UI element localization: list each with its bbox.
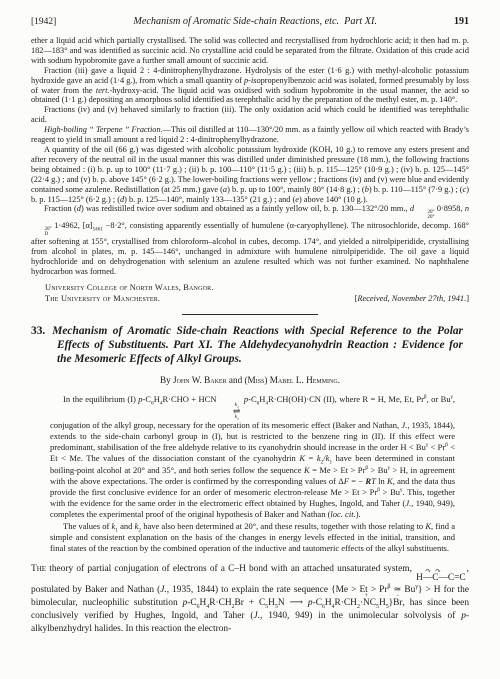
header-page-number: 191 <box>454 16 469 27</box>
experimental-paragraph-5: A quantity of the oil (66 g.) was digest… <box>31 145 469 204</box>
affiliation-line-1: University College of North Wales, Bango… <box>45 282 214 294</box>
main-text: The theory of partial conjugation of ele… <box>31 563 469 636</box>
section-divider-rule <box>182 314 318 315</box>
header-running-title: Mechanism of Aromatic Side-chain Reactio… <box>133 16 377 27</box>
received-date: [Received, November 27th, 1941.] <box>355 293 469 305</box>
experimental-paragraph-3: Fractions (iv) and (v) behaved similarly… <box>31 105 469 125</box>
affiliation-line-2: The University of Manchester. <box>45 293 214 305</box>
abstract-paragraph-2: The values of k1 and k2 have also been d… <box>50 521 455 555</box>
article-section: 33.Mechanism of Aromatic Side-chain Reac… <box>31 324 469 637</box>
article-title: 33.Mechanism of Aromatic Side-chain Reac… <box>31 324 469 367</box>
main-text-paragraph-1: The theory of partial conjugation of ele… <box>31 563 469 636</box>
header-year: [1942] <box>31 17 56 27</box>
experimental-paragraph-6: Fraction (d) was redistilled twice over … <box>31 204 469 276</box>
experimental-section: ether a liquid acid which partially crys… <box>31 36 469 277</box>
affiliations: University College of North Wales, Bango… <box>31 282 214 305</box>
affiliation-row: University College of North Wales, Bango… <box>31 282 469 305</box>
journal-page: [1942] Mechanism of Aromatic Side-chain … <box>0 0 500 679</box>
experimental-paragraph-4: High-boiling “ Terpene ” Fraction.—This … <box>31 125 469 145</box>
abstract: In the equilibrium (I) p-C6H4R·CHO + HCN… <box>31 394 469 554</box>
running-header: [1942] Mechanism of Aromatic Side-chain … <box>31 16 469 27</box>
article-number: 33. <box>31 325 45 337</box>
experimental-paragraph-1: ether a liquid acid which partially crys… <box>31 36 469 66</box>
byline: By John W. Baker and (Miss) Mabel L. Hem… <box>31 375 469 385</box>
abstract-paragraph-1: In the equilibrium (I) p-C6H4R·CHO + HCN… <box>50 394 455 521</box>
article-title-text: Mechanism of Aromatic Side-chain Reactio… <box>52 325 463 366</box>
experimental-paragraph-2: Fraction (iii) gave a liquid 2 : 4-dinit… <box>31 66 469 106</box>
